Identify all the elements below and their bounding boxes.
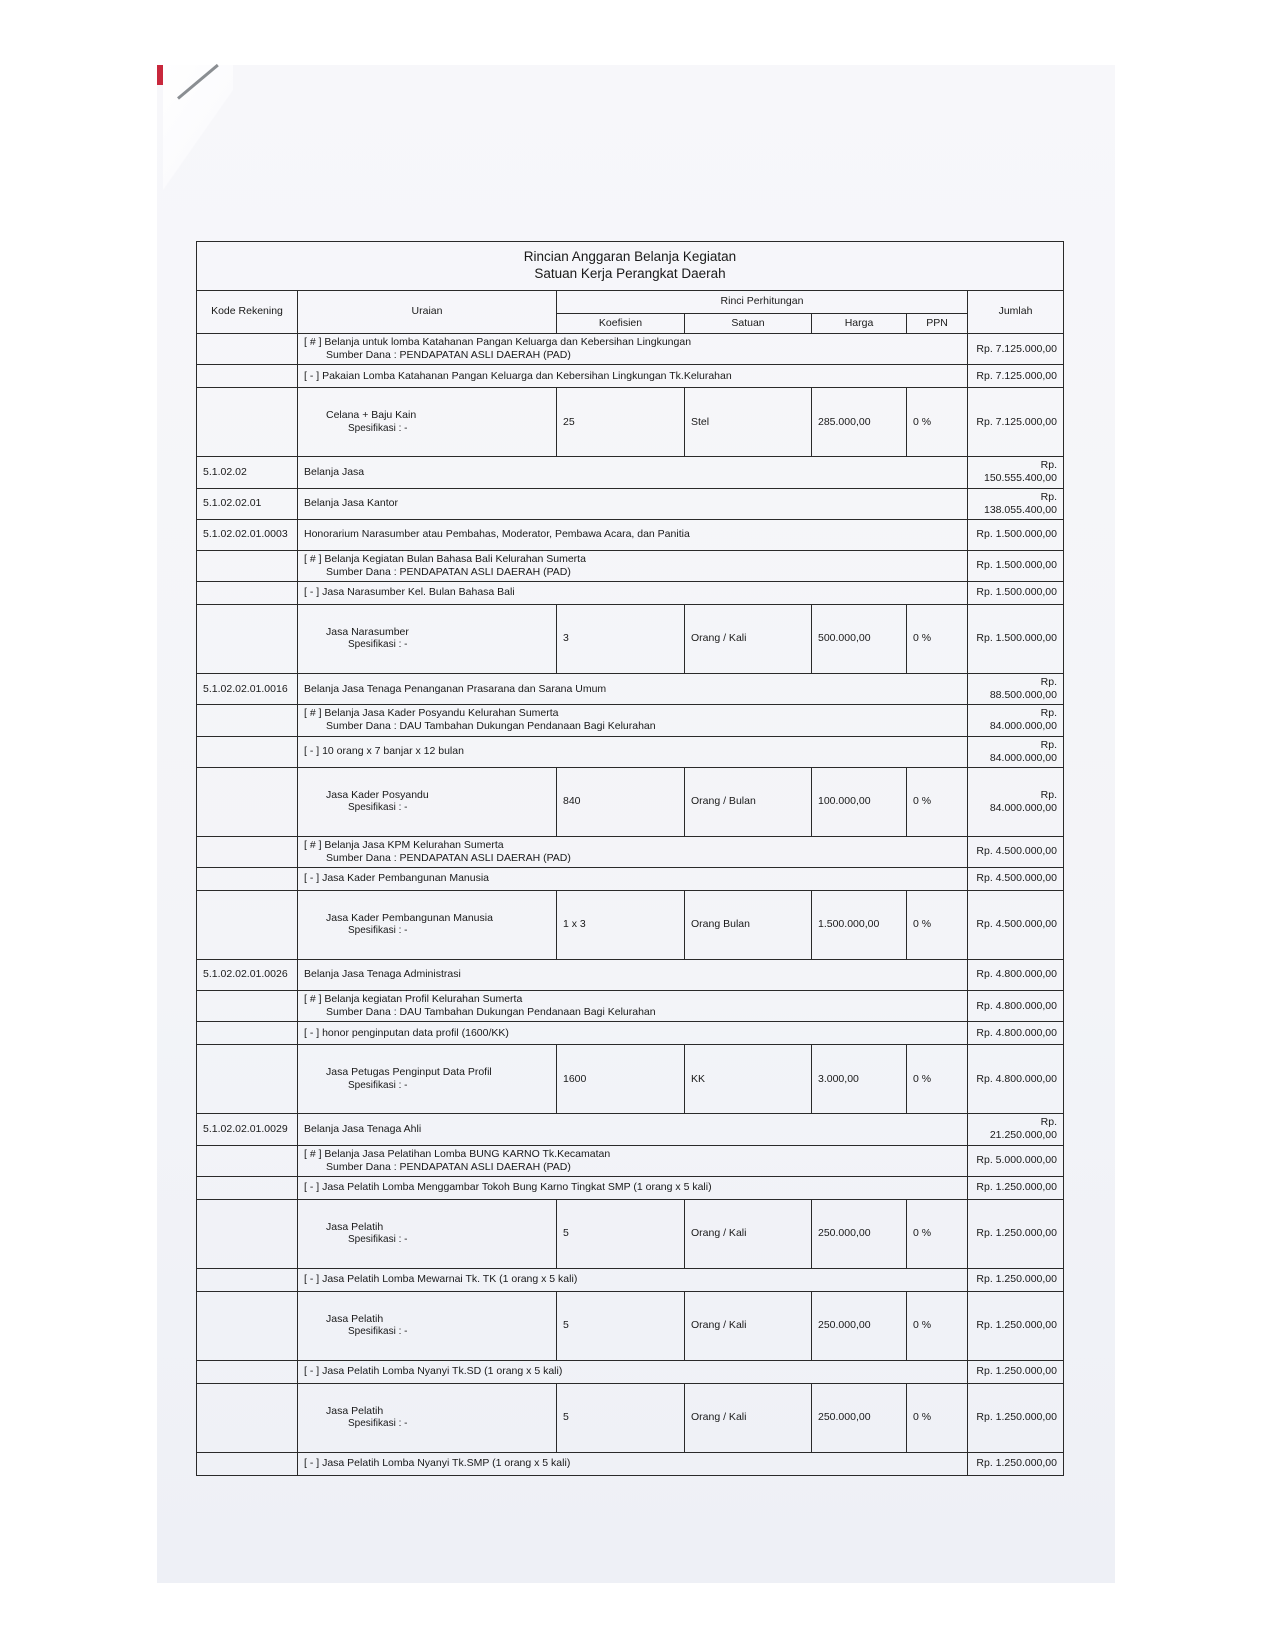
item-name: Celana + Baju Kain xyxy=(304,409,550,422)
jumlah-cell: Rp. 1.250.000,00 xyxy=(968,1383,1064,1452)
jumlah-cell: Rp. 4.800.000,00 xyxy=(968,960,1064,991)
table-row-group: [ # ] Belanja Jasa KPM Kelurahan Sumerta… xyxy=(197,836,1064,867)
jumlah-cell: Rp. 1.250.000,00 xyxy=(968,1291,1064,1360)
harga-cell: 250.000,00 xyxy=(812,1383,907,1452)
uraian-cell: Jasa Kader Pembangunan ManusiaSpesifikas… xyxy=(298,891,557,960)
jumlah-cell: Rp. 21.250.000,00 xyxy=(968,1114,1064,1145)
jumlah-cell: Rp. 4.800.000,00 xyxy=(968,991,1064,1022)
table-row-item: Jasa PelatihSpesifikasi : -5Orang / Kali… xyxy=(197,1291,1064,1360)
table-row-item: Celana + Baju KainSpesifikasi : -25Stel2… xyxy=(197,388,1064,457)
jumlah-cell: Rp. 1.250.000,00 xyxy=(968,1268,1064,1291)
kode-rekening-cell xyxy=(197,550,298,581)
table-row-account: 5.1.02.02.01.0029Belanja Jasa Tenaga Ahl… xyxy=(197,1114,1064,1145)
table-row-sub: [ - ] Pakaian Lomba Katahanan Pangan Kel… xyxy=(197,365,1064,388)
kode-rekening-cell xyxy=(197,1268,298,1291)
header-uraian: Uraian xyxy=(298,291,557,334)
item-name: Jasa Pelatih xyxy=(304,1405,550,1418)
header-harga: Harga xyxy=(812,314,907,334)
harga-cell: 285.000,00 xyxy=(812,388,907,457)
koefisien-cell: 1600 xyxy=(557,1045,685,1114)
table-row-group: [ # ] Belanja Kegiatan Bulan Bahasa Bali… xyxy=(197,550,1064,581)
header-satuan: Satuan xyxy=(685,314,812,334)
table-row-account: 5.1.02.02.01.0003Honorarium Narasumber a… xyxy=(197,519,1064,550)
jumlah-cell: Rp. 1.500.000,00 xyxy=(968,582,1064,605)
header-koefisien: Koefisien xyxy=(557,314,685,334)
table-row-item: Jasa Petugas Penginput Data ProfilSpesif… xyxy=(197,1045,1064,1114)
jumlah-cell: Rp. 84.000.000,00 xyxy=(968,767,1064,836)
ppn-cell: 0 % xyxy=(907,605,968,674)
table-row-sub: [ - ] Jasa Kader Pembangunan ManusiaRp. … xyxy=(197,868,1064,891)
jumlah-cell: Rp. 4.800.000,00 xyxy=(968,1045,1064,1114)
ppn-cell: 0 % xyxy=(907,1291,968,1360)
group-title: [ # ] Belanja Jasa Kader Posyandu Kelura… xyxy=(304,707,961,720)
group-title: [ # ] Belanja untuk lomba Katahanan Pang… xyxy=(304,336,961,349)
uraian-cell: Belanja Jasa xyxy=(298,457,968,488)
table-row-group: [ # ] Belanja Jasa Kader Posyandu Kelura… xyxy=(197,705,1064,736)
budget-table: Rincian Anggaran Belanja Kegiatan Satuan… xyxy=(196,241,1064,1476)
kode-rekening-cell xyxy=(197,1383,298,1452)
group-title: [ # ] Belanja kegiatan Profil Kelurahan … xyxy=(304,993,961,1006)
jumlah-cell: Rp. 88.500.000,00 xyxy=(968,674,1064,705)
header-rinci-perhitungan: Rinci Perhitungan xyxy=(557,291,968,314)
uraian-cell: [ # ] Belanja kegiatan Profil Kelurahan … xyxy=(298,991,968,1022)
uraian-cell: Jasa PelatihSpesifikasi : - xyxy=(298,1199,557,1268)
koefisien-cell: 840 xyxy=(557,767,685,836)
header-ppn: PPN xyxy=(907,314,968,334)
kode-rekening-cell xyxy=(197,1145,298,1176)
uraian-cell: [ - ] Jasa Pelatih Lomba Nyanyi Tk.SMP (… xyxy=(298,1452,968,1475)
uraian-cell: [ - ] Jasa Pelatih Lomba Menggambar Toko… xyxy=(298,1176,968,1199)
harga-cell: 250.000,00 xyxy=(812,1199,907,1268)
kode-rekening-cell xyxy=(197,388,298,457)
header-kode-rekening: Kode Rekening xyxy=(197,291,298,334)
ppn-cell: 0 % xyxy=(907,891,968,960)
jumlah-cell: Rp. 1.500.000,00 xyxy=(968,519,1064,550)
jumlah-cell: Rp. 7.125.000,00 xyxy=(968,388,1064,457)
jumlah-cell: Rp. 4.500.000,00 xyxy=(968,891,1064,960)
table-row-item: Jasa PelatihSpesifikasi : -5Orang / Kali… xyxy=(197,1199,1064,1268)
group-title: [ # ] Belanja Kegiatan Bulan Bahasa Bali… xyxy=(304,553,961,566)
table-row-sub: [ - ] Jasa Narasumber Kel. Bulan Bahasa … xyxy=(197,582,1064,605)
item-name: Jasa Kader Pembangunan Manusia xyxy=(304,912,550,925)
sumber-dana: Sumber Dana : PENDAPATAN ASLI DAERAH (PA… xyxy=(304,852,961,865)
uraian-cell: Jasa Petugas Penginput Data ProfilSpesif… xyxy=(298,1045,557,1114)
table-row-account: 5.1.02.02.01Belanja Jasa KantorRp. 138.0… xyxy=(197,488,1064,519)
harga-cell: 1.500.000,00 xyxy=(812,891,907,960)
uraian-cell: Jasa PelatihSpesifikasi : - xyxy=(298,1383,557,1452)
kode-rekening-cell: 5.1.02.02.01.0016 xyxy=(197,674,298,705)
kode-rekening-cell xyxy=(197,1022,298,1045)
uraian-cell: Jasa PelatihSpesifikasi : - xyxy=(298,1291,557,1360)
uraian-cell: [ - ] Jasa Kader Pembangunan Manusia xyxy=(298,868,968,891)
kode-rekening-cell: 5.1.02.02 xyxy=(197,457,298,488)
table-row-item: Jasa Kader Pembangunan ManusiaSpesifikas… xyxy=(197,891,1064,960)
table-row-item: Jasa PelatihSpesifikasi : -5Orang / Kali… xyxy=(197,1383,1064,1452)
sumber-dana: Sumber Dana : PENDAPATAN ASLI DAERAH (PA… xyxy=(304,1161,961,1174)
uraian-cell: [ - ] Jasa Narasumber Kel. Bulan Bahasa … xyxy=(298,582,968,605)
table-row-sub: [ - ] Jasa Pelatih Lomba Menggambar Toko… xyxy=(197,1176,1064,1199)
jumlah-cell: Rp. 1.500.000,00 xyxy=(968,550,1064,581)
koefisien-cell: 3 xyxy=(557,605,685,674)
kode-rekening-cell: 5.1.02.02.01.0003 xyxy=(197,519,298,550)
harga-cell: 100.000,00 xyxy=(812,767,907,836)
table-row-sub: [ - ] 10 orang x 7 banjar x 12 bulanRp. … xyxy=(197,736,1064,767)
table-title: Rincian Anggaran Belanja Kegiatan Satuan… xyxy=(197,242,1064,291)
table-row-group: [ # ] Belanja untuk lomba Katahanan Pang… xyxy=(197,334,1064,365)
folded-corner xyxy=(163,65,233,190)
item-spesifikasi: Spesifikasi : - xyxy=(304,423,550,436)
kode-rekening-cell xyxy=(197,868,298,891)
table-row-sub: [ - ] Jasa Pelatih Lomba Mewarnai Tk. TK… xyxy=(197,1268,1064,1291)
sumber-dana: Sumber Dana : PENDAPATAN ASLI DAERAH (PA… xyxy=(304,566,961,579)
title-line-1: Rincian Anggaran Belanja Kegiatan xyxy=(203,249,1057,266)
jumlah-cell: Rp. 84.000.000,00 xyxy=(968,736,1064,767)
ppn-cell: 0 % xyxy=(907,1383,968,1452)
kode-rekening-cell xyxy=(197,605,298,674)
item-name: Jasa Petugas Penginput Data Profil xyxy=(304,1066,550,1079)
satuan-cell: Orang / Kali xyxy=(685,1199,812,1268)
uraian-cell: Belanja Jasa Kantor xyxy=(298,488,968,519)
uraian-cell: [ - ] Pakaian Lomba Katahanan Pangan Kel… xyxy=(298,365,968,388)
kode-rekening-cell xyxy=(197,1176,298,1199)
ppn-cell: 0 % xyxy=(907,767,968,836)
table-row-account: 5.1.02.02Belanja JasaRp. 150.555.400,00 xyxy=(197,457,1064,488)
uraian-cell: [ - ] 10 orang x 7 banjar x 12 bulan xyxy=(298,736,968,767)
uraian-cell: [ - ] honor penginputan data profil (160… xyxy=(298,1022,968,1045)
table-row-item: Jasa NarasumberSpesifikasi : -3Orang / K… xyxy=(197,605,1064,674)
jumlah-cell: Rp. 7.125.000,00 xyxy=(968,365,1064,388)
uraian-cell: [ - ] Jasa Pelatih Lomba Mewarnai Tk. TK… xyxy=(298,1268,968,1291)
satuan-cell: Stel xyxy=(685,388,812,457)
group-title: [ # ] Belanja Jasa Pelatihan Lomba BUNG … xyxy=(304,1148,961,1161)
harga-cell: 3.000,00 xyxy=(812,1045,907,1114)
uraian-cell: Celana + Baju KainSpesifikasi : - xyxy=(298,388,557,457)
uraian-cell: [ # ] Belanja Jasa Pelatihan Lomba BUNG … xyxy=(298,1145,968,1176)
uraian-cell: [ # ] Belanja Jasa KPM Kelurahan Sumerta… xyxy=(298,836,968,867)
kode-rekening-cell xyxy=(197,582,298,605)
uraian-cell: Honorarium Narasumber atau Pembahas, Mod… xyxy=(298,519,968,550)
item-name: Jasa Kader Posyandu xyxy=(304,789,550,802)
jumlah-cell: Rp. 4.800.000,00 xyxy=(968,1022,1064,1045)
uraian-cell: [ # ] Belanja Kegiatan Bulan Bahasa Bali… xyxy=(298,550,968,581)
jumlah-cell: Rp. 7.125.000,00 xyxy=(968,334,1064,365)
item-name: Jasa Narasumber xyxy=(304,626,550,639)
jumlah-cell: Rp. 1.250.000,00 xyxy=(968,1176,1064,1199)
uraian-cell: [ # ] Belanja untuk lomba Katahanan Pang… xyxy=(298,334,968,365)
table-row-group: [ # ] Belanja Jasa Pelatihan Lomba BUNG … xyxy=(197,1145,1064,1176)
harga-cell: 250.000,00 xyxy=(812,1291,907,1360)
item-spesifikasi: Spesifikasi : - xyxy=(304,925,550,938)
kode-rekening-cell xyxy=(197,736,298,767)
sumber-dana: Sumber Dana : DAU Tambahan Dukungan Pend… xyxy=(304,720,961,733)
uraian-cell: Jasa NarasumberSpesifikasi : - xyxy=(298,605,557,674)
table-row-sub: [ - ] Jasa Pelatih Lomba Nyanyi Tk.SD (1… xyxy=(197,1360,1064,1383)
ppn-cell: 0 % xyxy=(907,1199,968,1268)
uraian-cell: [ # ] Belanja Jasa Kader Posyandu Kelura… xyxy=(298,705,968,736)
koefisien-cell: 5 xyxy=(557,1291,685,1360)
table-row-account: 5.1.02.02.01.0026Belanja Jasa Tenaga Adm… xyxy=(197,960,1064,991)
koefisien-cell: 5 xyxy=(557,1199,685,1268)
jumlah-cell: Rp. 1.250.000,00 xyxy=(968,1360,1064,1383)
item-name: Jasa Pelatih xyxy=(304,1313,550,1326)
koefisien-cell: 1 x 3 xyxy=(557,891,685,960)
kode-rekening-cell xyxy=(197,334,298,365)
jumlah-cell: Rp. 4.500.000,00 xyxy=(968,868,1064,891)
kode-rekening-cell xyxy=(197,1452,298,1475)
sumber-dana: Sumber Dana : DAU Tambahan Dukungan Pend… xyxy=(304,1006,961,1019)
kode-rekening-cell xyxy=(197,1045,298,1114)
sumber-dana: Sumber Dana : PENDAPATAN ASLI DAERAH (PA… xyxy=(304,349,961,362)
satuan-cell: Orang / Kali xyxy=(685,1383,812,1452)
kode-rekening-cell xyxy=(197,836,298,867)
kode-rekening-cell xyxy=(197,365,298,388)
header-jumlah: Jumlah xyxy=(968,291,1064,334)
jumlah-cell: Rp. 5.000.000,00 xyxy=(968,1145,1064,1176)
kode-rekening-cell xyxy=(197,1199,298,1268)
koefisien-cell: 5 xyxy=(557,1383,685,1452)
satuan-cell: Orang Bulan xyxy=(685,891,812,960)
satuan-cell: Orang / Bulan xyxy=(685,767,812,836)
table-row-account: 5.1.02.02.01.0016Belanja Jasa Tenaga Pen… xyxy=(197,674,1064,705)
jumlah-cell: Rp. 1.250.000,00 xyxy=(968,1199,1064,1268)
kode-rekening-cell xyxy=(197,891,298,960)
table-row-sub: [ - ] Jasa Pelatih Lomba Nyanyi Tk.SMP (… xyxy=(197,1452,1064,1475)
kode-rekening-cell xyxy=(197,991,298,1022)
kode-rekening-cell: 5.1.02.02.01 xyxy=(197,488,298,519)
jumlah-cell: Rp. 138.055.400,00 xyxy=(968,488,1064,519)
kode-rekening-cell: 5.1.02.02.01.0026 xyxy=(197,960,298,991)
kode-rekening-cell: 5.1.02.02.01.0029 xyxy=(197,1114,298,1145)
budget-table-body: [ # ] Belanja untuk lomba Katahanan Pang… xyxy=(197,334,1064,1476)
harga-cell: 500.000,00 xyxy=(812,605,907,674)
satuan-cell: Orang / Kali xyxy=(685,605,812,674)
table-row-sub: [ - ] honor penginputan data profil (160… xyxy=(197,1022,1064,1045)
ppn-cell: 0 % xyxy=(907,1045,968,1114)
item-spesifikasi: Spesifikasi : - xyxy=(304,1080,550,1093)
kode-rekening-cell xyxy=(197,705,298,736)
table-row-item: Jasa Kader PosyanduSpesifikasi : -840Ora… xyxy=(197,767,1064,836)
kode-rekening-cell xyxy=(197,767,298,836)
kode-rekening-cell xyxy=(197,1291,298,1360)
jumlah-cell: Rp. 4.500.000,00 xyxy=(968,836,1064,867)
uraian-cell: Belanja Jasa Tenaga Ahli xyxy=(298,1114,968,1145)
table-row-group: [ # ] Belanja kegiatan Profil Kelurahan … xyxy=(197,991,1064,1022)
item-spesifikasi: Spesifikasi : - xyxy=(304,802,550,815)
jumlah-cell: Rp. 150.555.400,00 xyxy=(968,457,1064,488)
item-spesifikasi: Spesifikasi : - xyxy=(304,1326,550,1339)
item-name: Jasa Pelatih xyxy=(304,1221,550,1234)
uraian-cell: [ - ] Jasa Pelatih Lomba Nyanyi Tk.SD (1… xyxy=(298,1360,968,1383)
jumlah-cell: Rp. 84.000.000,00 xyxy=(968,705,1064,736)
jumlah-cell: Rp. 1.500.000,00 xyxy=(968,605,1064,674)
item-spesifikasi: Spesifikasi : - xyxy=(304,1234,550,1247)
satuan-cell: KK xyxy=(685,1045,812,1114)
group-title: [ # ] Belanja Jasa KPM Kelurahan Sumerta xyxy=(304,839,961,852)
koefisien-cell: 25 xyxy=(557,388,685,457)
item-spesifikasi: Spesifikasi : - xyxy=(304,1418,550,1431)
jumlah-cell: Rp. 1.250.000,00 xyxy=(968,1452,1064,1475)
ppn-cell: 0 % xyxy=(907,388,968,457)
uraian-cell: Belanja Jasa Tenaga Administrasi xyxy=(298,960,968,991)
item-spesifikasi: Spesifikasi : - xyxy=(304,639,550,652)
kode-rekening-cell xyxy=(197,1360,298,1383)
uraian-cell: Belanja Jasa Tenaga Penanganan Prasarana… xyxy=(298,674,968,705)
uraian-cell: Jasa Kader PosyanduSpesifikasi : - xyxy=(298,767,557,836)
title-line-2: Satuan Kerja Perangkat Daerah xyxy=(203,266,1057,283)
satuan-cell: Orang / Kali xyxy=(685,1291,812,1360)
